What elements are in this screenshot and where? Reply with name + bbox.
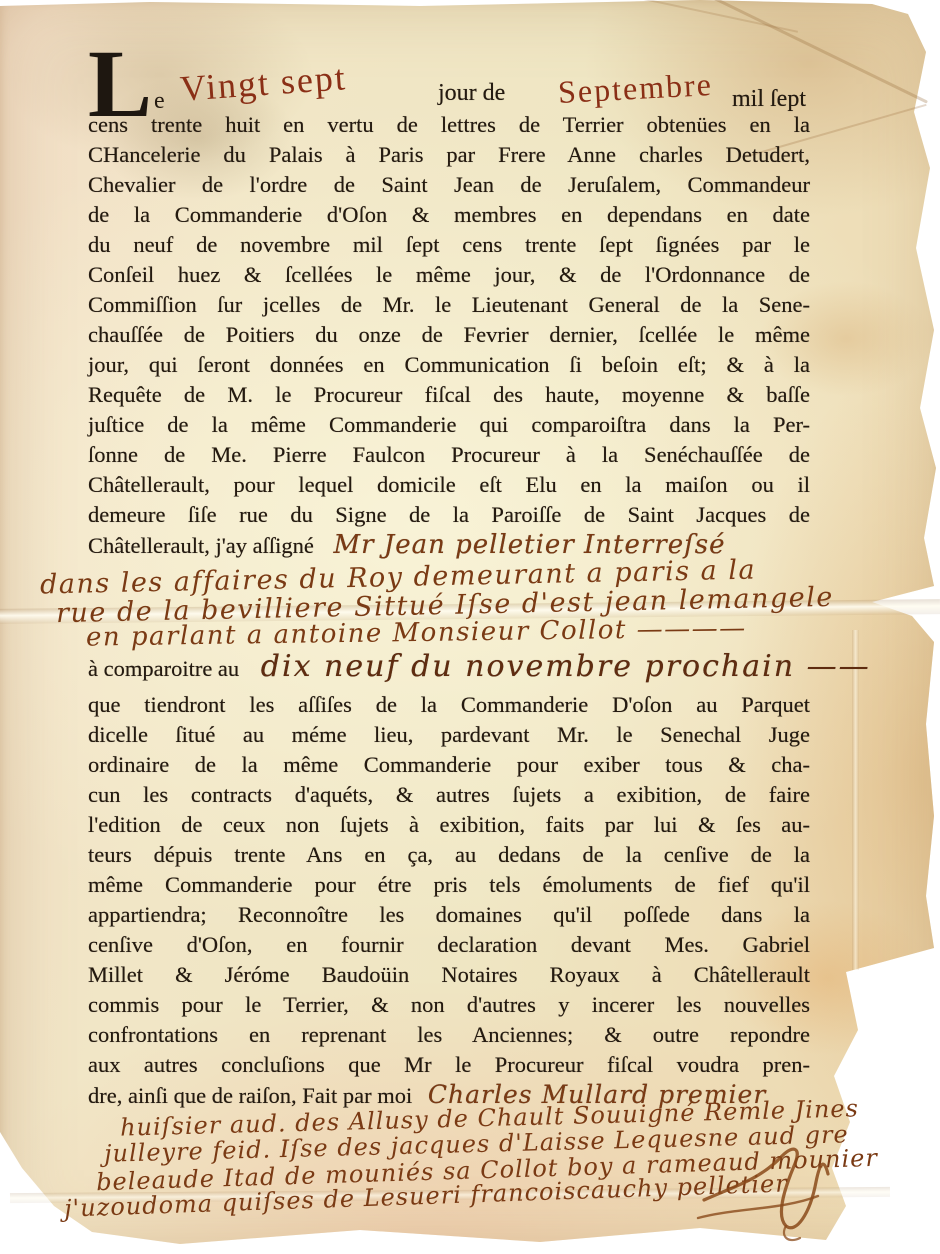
printed-line: chauſſée de Poitiers du onze de Fevrier … xyxy=(88,320,810,350)
printed-line: CHancelerie du Palais à Paris par Frere … xyxy=(88,140,810,170)
handwritten-month: Septembre xyxy=(557,66,714,111)
signature-flourish xyxy=(690,1130,840,1250)
comparution-line: à comparoitre au dix neuf du novembre pr… xyxy=(88,652,810,684)
printed-line: demeure ſiſe rue du Signe de la Paroiſſe… xyxy=(88,500,810,530)
printed-line: de la Commanderie d'Oſon & membres en de… xyxy=(88,200,810,230)
printed-fragment: dre, ainſi que de raiſon, Fait par moi xyxy=(88,1083,412,1108)
printed-fragment: à comparoitre au xyxy=(88,656,239,681)
printed-jour-de: jour de xyxy=(438,80,505,107)
printed-line: commis pour le Terrier, & non d'autres y… xyxy=(88,990,810,1020)
document-page: L e Vingt sept jour de Septembre mil ſep… xyxy=(0,0,940,1254)
printed-fragment: Châtellerault, j'ay aſſigné xyxy=(88,533,314,558)
handwritten-day: Vingt sept xyxy=(179,56,348,110)
printed-line: même Commanderie pour étre pris tels émo… xyxy=(88,870,810,900)
printed-line: cenſive d'Oſon, en fournir declaration d… xyxy=(88,930,810,960)
printed-line: jour, qui ſeront données en Communicatio… xyxy=(88,350,810,380)
printed-line: ordinaire de la même Commanderie pour ex… xyxy=(88,750,810,780)
printed-line: aux autres concluſions que Mr le Procure… xyxy=(88,1050,810,1080)
printed-line: cens trente huit en vertu de lettres de … xyxy=(88,110,810,140)
printed-line: Requête de M. le Procureur fiſcal des ha… xyxy=(88,380,810,410)
crease-line xyxy=(602,0,798,33)
printed-line: ſonne de Me. Pierre Faulcon Procureur à … xyxy=(88,440,810,470)
printed-line: appartiendra; Reconnoître les domaines q… xyxy=(88,900,810,930)
printed-line: du neuf de novembre mil ſept cens trente… xyxy=(88,230,810,260)
printed-line: juſtice de la même Commanderie qui compa… xyxy=(88,410,810,440)
printed-line: Conſeil huez & ſcellées le même jour, & … xyxy=(88,260,810,290)
printed-line: que tiendront les aſſiſes de la Commande… xyxy=(88,690,810,720)
printed-line: l'edition de ceux non ſujets à exibition… xyxy=(88,810,810,840)
printed-line: Millet & Jéróme Baudoüin Notaires Royaux… xyxy=(88,960,810,990)
printed-line: Commiſſion ſur jcelles de Mr. le Lieuten… xyxy=(88,290,810,320)
opening-line: L e Vingt sept jour de Septembre mil ſep… xyxy=(88,52,810,116)
printed-line: confrontations en reprenant les Ancienne… xyxy=(88,1020,810,1050)
printed-line: dicelle ſitué au méme lieu, pardevant Mr… xyxy=(88,720,810,750)
printed-line: teurs dépuis trente Ans en ça, au dedans… xyxy=(88,840,810,870)
printed-line: cun les contracts d'aquéts, & autres ſuj… xyxy=(88,780,810,810)
printed-mil-sept: mil ſept xyxy=(732,86,806,113)
printed-line: Chevalier de l'ordre de Saint Jean de Je… xyxy=(88,170,810,200)
handwritten-date: dix neuf du novembre prochain —— xyxy=(261,649,871,684)
printed-line: Châtellerault, pour lequel domicile eſt … xyxy=(88,470,810,500)
